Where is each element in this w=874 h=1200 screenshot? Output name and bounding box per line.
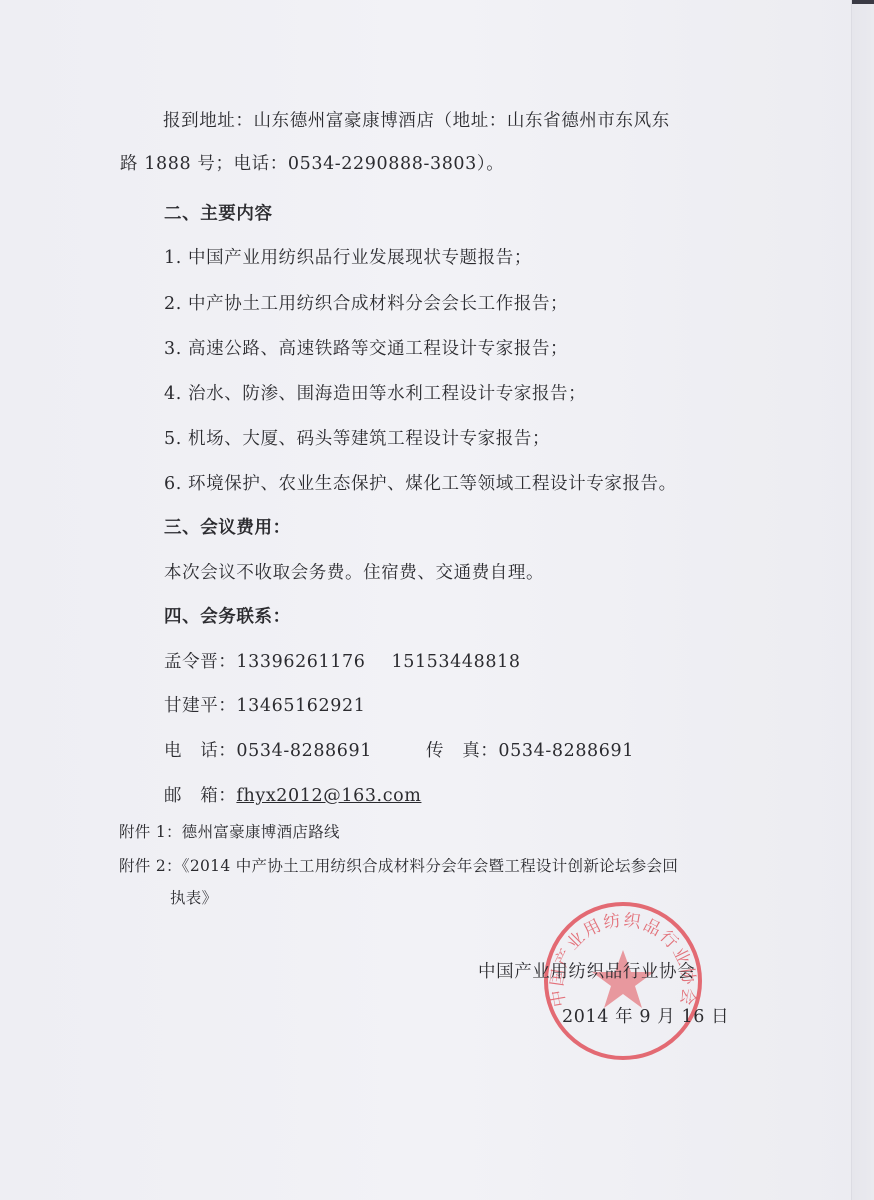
attachment-label: 附件 1： [119, 823, 182, 841]
contact-row-1: 孟令晋：1339626117615153448818 [164, 648, 521, 673]
contact-phone: 13396261176 [236, 652, 365, 672]
signature-date: 2014 年 9 月 16 日 [562, 1003, 729, 1028]
contact-phone-alt: 15153448818 [391, 652, 520, 672]
signature-org: 中国产业用纺织品行业协会 [478, 958, 695, 983]
contact-name: 甘建平： [164, 696, 236, 716]
email-label: 邮 箱： [164, 786, 236, 806]
content-item-6: 6. 环境保护、农业生态保护、煤化工等领域工程设计专家报告。 [164, 470, 677, 495]
contact-phone: 13465162921 [236, 696, 365, 716]
content-item-2: 2. 中产协土工用纺织合成材料分会会长工作报告； [164, 290, 568, 315]
attachment-2-continued: 执表》 [170, 886, 217, 908]
email-link[interactable]: fhyx2012@163.com [236, 786, 421, 806]
content-item-1: 1. 中国产业用纺织品行业发展现状专题报告； [164, 244, 532, 269]
tel-value: 0534-8288691 [236, 741, 372, 761]
attachment-1: 附件 1：德州富豪康博酒店路线 [119, 820, 340, 842]
contact-row-2: 甘建平：13465162921 [164, 692, 365, 717]
page-edge-shadow [852, 0, 874, 4]
fax-value: 0534-8288691 [498, 741, 634, 761]
contact-name: 孟令晋： [164, 652, 236, 672]
fax-label: 传 真： [426, 741, 498, 761]
section-heading-contact: 四、会务联系： [164, 603, 291, 628]
document-page: 报到地址：山东德州富豪康博酒店（地址：山东省德州市东风东 路 1888 号；电话… [0, 0, 874, 1200]
email-row: 邮 箱：fhyx2012@163.com [164, 782, 421, 807]
attachment-text: 德州富豪康博酒店路线 [182, 823, 340, 841]
content-item-5: 5. 机场、大厦、码头等建筑工程设计专家报告； [164, 425, 550, 450]
attachment-text: 《2014 中产协土工用纺织合成材料分会年会暨工程设计创新论坛参会回 [182, 857, 678, 875]
section-heading-fees: 三、会议费用： [164, 514, 291, 539]
page-edge [851, 0, 874, 1200]
attachment-2: 附件 2：《2014 中产协土工用纺织合成材料分会年会暨工程设计创新论坛参会回 [119, 854, 678, 876]
fees-text: 本次会议不收取会务费。住宿费、交通费自理。 [164, 559, 544, 584]
address-line-2: 路 1888 号；电话：0534-2290888-3803）。 [120, 150, 504, 175]
section-heading-content: 二、主要内容 [164, 200, 273, 225]
tel-fax-row: 电 话：0534-8288691传 真：0534-8288691 [164, 737, 634, 762]
content-item-4: 4. 治水、防渗、围海造田等水利工程设计专家报告； [164, 380, 586, 405]
attachment-label: 附件 2： [119, 857, 182, 875]
content-item-3: 3. 高速公路、高速铁路等交通工程设计专家报告； [164, 335, 568, 360]
tel-label: 电 话： [164, 741, 236, 761]
address-line-1: 报到地址：山东德州富豪康博酒店（地址：山东省德州市东风东 [163, 107, 670, 132]
